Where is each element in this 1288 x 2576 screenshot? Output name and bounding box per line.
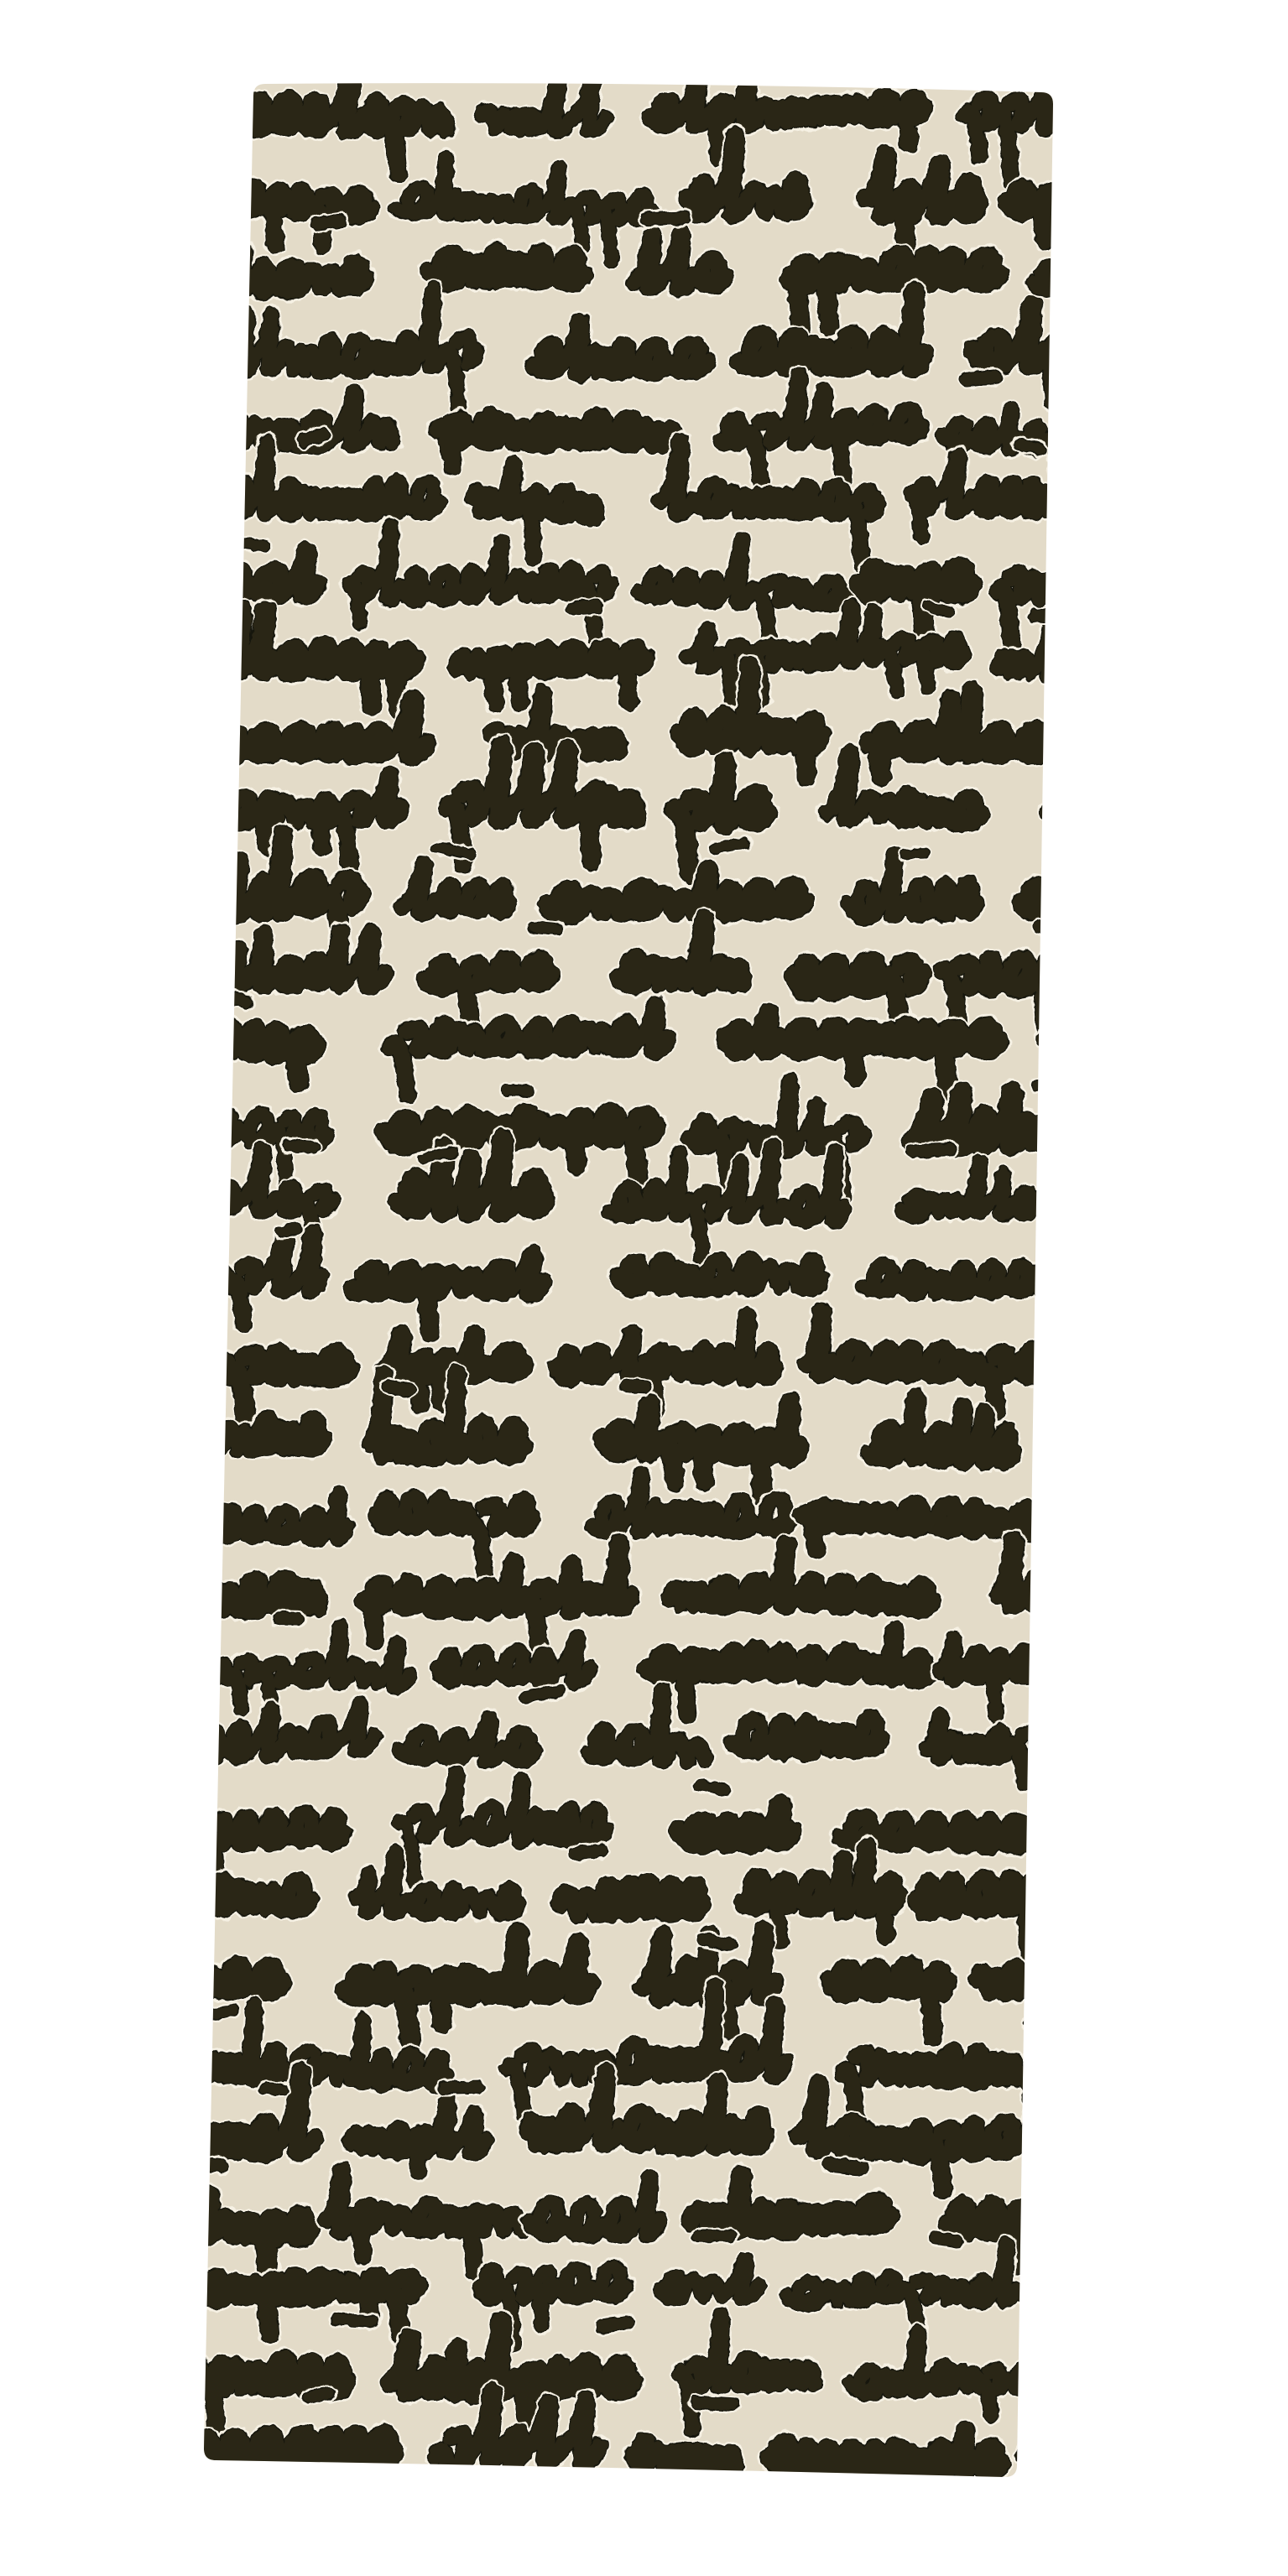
script-stroke [617,1260,821,1289]
script-stroke [185,1965,282,1991]
script-stroke [699,1785,726,1790]
script-stroke [1037,1080,1059,1085]
script-stroke [265,2089,283,2089]
script-stroke [647,217,684,219]
script-stroke [1040,926,1057,929]
script-stroke [388,1387,409,1390]
script-stroke [337,2319,373,2321]
script-stroke [304,435,323,440]
script-stroke [318,221,341,224]
script-stroke [911,1082,1095,1147]
script-stroke [1033,252,1286,294]
script-stroke [1045,993,1247,1102]
script-stroke [534,927,556,929]
script-stroke [576,1851,602,1854]
script-stroke [703,1939,732,1944]
script-stroke [829,2164,863,2167]
script-stroke [507,1090,529,1091]
script-stroke [200,2163,222,2166]
script-stroke [1019,445,1039,449]
script-stroke [280,1229,297,1232]
script-stroke [437,848,472,855]
script-stroke [999,1541,1214,1609]
script-stroke [715,843,745,849]
script-stroke [206,2010,233,2017]
script-stroke [1051,1813,1134,1879]
script-stroke [1008,189,1202,240]
script-stroke [936,2238,957,2241]
script-stroke [1129,1777,1161,1781]
script-stroke [309,2393,329,2397]
script-stroke [1057,1402,1167,1450]
script-stroke [1165,138,1189,145]
script-stroke [682,65,711,68]
script-stroke [626,1386,645,1387]
script-stroke [1192,212,1217,217]
script-stroke [279,1618,299,1619]
script-stroke [445,2087,479,2088]
script-stroke [732,1717,884,1754]
script-stroke [697,2402,733,2405]
script-stroke [229,997,247,1002]
script-stroke [1046,60,1081,65]
script-stroke [928,606,950,612]
product-image: Cream runner rug with dark handwritten s… [0,0,1288,2576]
script-stroke [967,377,994,379]
script-stroke [1025,2396,1117,2462]
script-stroke [1035,616,1056,617]
script-stroke [913,1149,950,1152]
script-stroke [230,540,265,546]
rug-illustration [0,0,1288,2576]
script-stroke [429,251,584,284]
script-stroke [197,1577,319,1611]
handwriting-pattern [152,60,1288,2506]
script-stroke [574,606,597,608]
script-stroke [905,854,924,855]
script-stroke [289,1146,313,1147]
script-stroke [1047,763,1288,823]
script-stroke [1022,851,1197,947]
script-stroke [602,2322,628,2326]
script-stroke [424,1152,453,1158]
script-stroke [525,1691,560,1697]
